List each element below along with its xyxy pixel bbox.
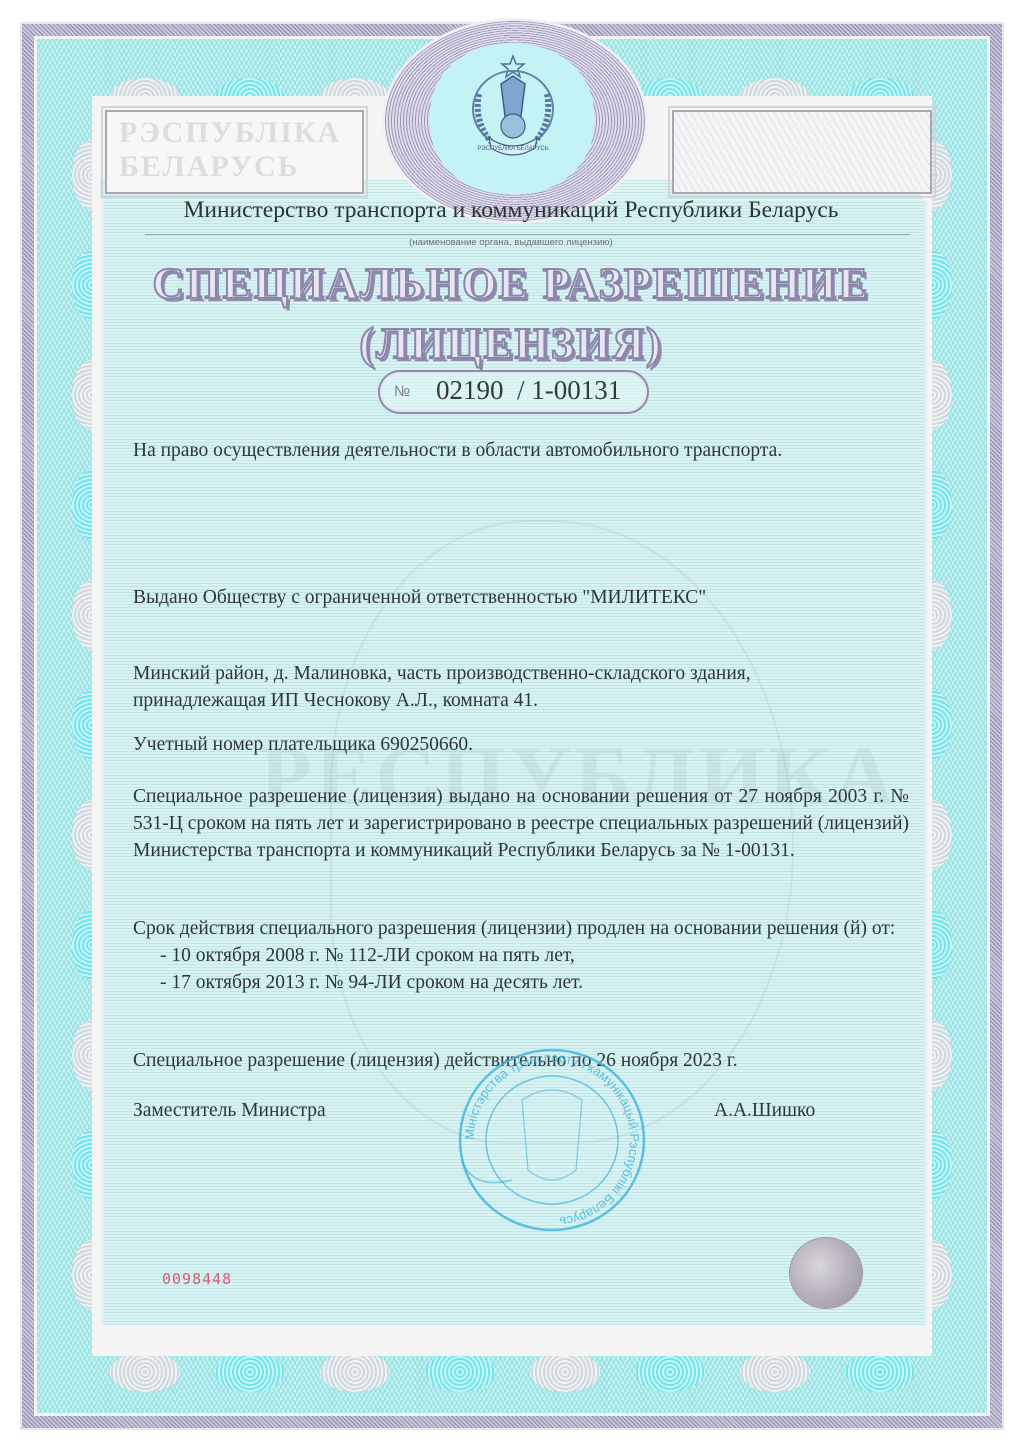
document-subtitle: (ЛИЦЕНЗИЯ) bbox=[100, 318, 922, 369]
svg-text:Міністэрства транспарту і каму: Міністэрства транспарту і камунікацый Рэ… bbox=[462, 1050, 642, 1230]
extension-item: - 10 октября 2008 г. № 112-ЛИ сроком на … bbox=[133, 942, 909, 969]
signatory-name: А.А.Шишко bbox=[714, 1097, 914, 1124]
top-left-box: РЭСПУБЛІКА БЕЛАРУСЬ bbox=[105, 110, 364, 194]
border-scallop bbox=[425, 1352, 495, 1392]
address: Минский район, д. Малиновка, часть произ… bbox=[133, 660, 909, 714]
border-scallop bbox=[845, 1352, 915, 1392]
activity-text: На право осуществления деятельности в об… bbox=[133, 437, 909, 464]
serial-number: 0098448 bbox=[162, 1270, 232, 1288]
top-right-box bbox=[672, 110, 932, 194]
svg-text:РЭСПУБЛІКА БЕЛАРУСЬ: РЭСПУБЛІКА БЕЛАРУСЬ bbox=[477, 146, 548, 152]
border-scallop bbox=[320, 1352, 390, 1392]
border-scallop bbox=[740, 1352, 810, 1392]
extension-paragraph: Срок действия специального разрешения (л… bbox=[133, 915, 909, 996]
document-title: СПЕЦИАЛЬНОЕ РАЗРЕШЕНИЕ bbox=[100, 258, 922, 309]
border-scallop bbox=[215, 1352, 285, 1392]
belarus-coat-of-arms-icon: РЭСПУБЛІКА БЕЛАРУСЬ bbox=[465, 54, 561, 164]
address-line-1: Минский район, д. Малиновка, часть произ… bbox=[133, 660, 909, 687]
issued-to: Выдано Обществу с ограниченной ответстве… bbox=[133, 584, 909, 611]
number-sign: № bbox=[394, 383, 410, 400]
border-scallop bbox=[110, 1352, 180, 1392]
top-left-box-watermark: РЭСПУБЛІКА БЕЛАРУСЬ bbox=[119, 116, 362, 184]
license-number-box: № 02190 / 1-00131 bbox=[378, 370, 649, 414]
authority-underline bbox=[145, 234, 910, 235]
border-scallop bbox=[635, 1352, 705, 1392]
address-line-2: принадлежащая ИП Чеснокову А.Л., комната… bbox=[133, 687, 909, 714]
authority-caption: (наименование органа, выдавшего лицензию… bbox=[100, 237, 922, 248]
basis-paragraph: Специальное разрешение (лицензия) выдано… bbox=[133, 783, 909, 864]
hologram-sticker-icon bbox=[790, 1238, 862, 1308]
extension-item: - 17 октября 2013 г. № 94-ЛИ сроком на д… bbox=[133, 969, 909, 996]
border-scallop bbox=[530, 1352, 600, 1392]
taxpayer-number: Учетный номер плательщика 690250660. bbox=[133, 731, 909, 758]
bottom-band bbox=[92, 1330, 932, 1354]
extension-intro: Срок действия специального разрешения (л… bbox=[133, 915, 909, 942]
official-stamp-icon: Міністэрства транспарту і камунікацый Рэ… bbox=[452, 1040, 652, 1240]
license-number: 02190 / 1-00131 bbox=[436, 375, 621, 406]
issuing-authority: Министерство транспорта и коммуникаций Р… bbox=[100, 197, 922, 224]
